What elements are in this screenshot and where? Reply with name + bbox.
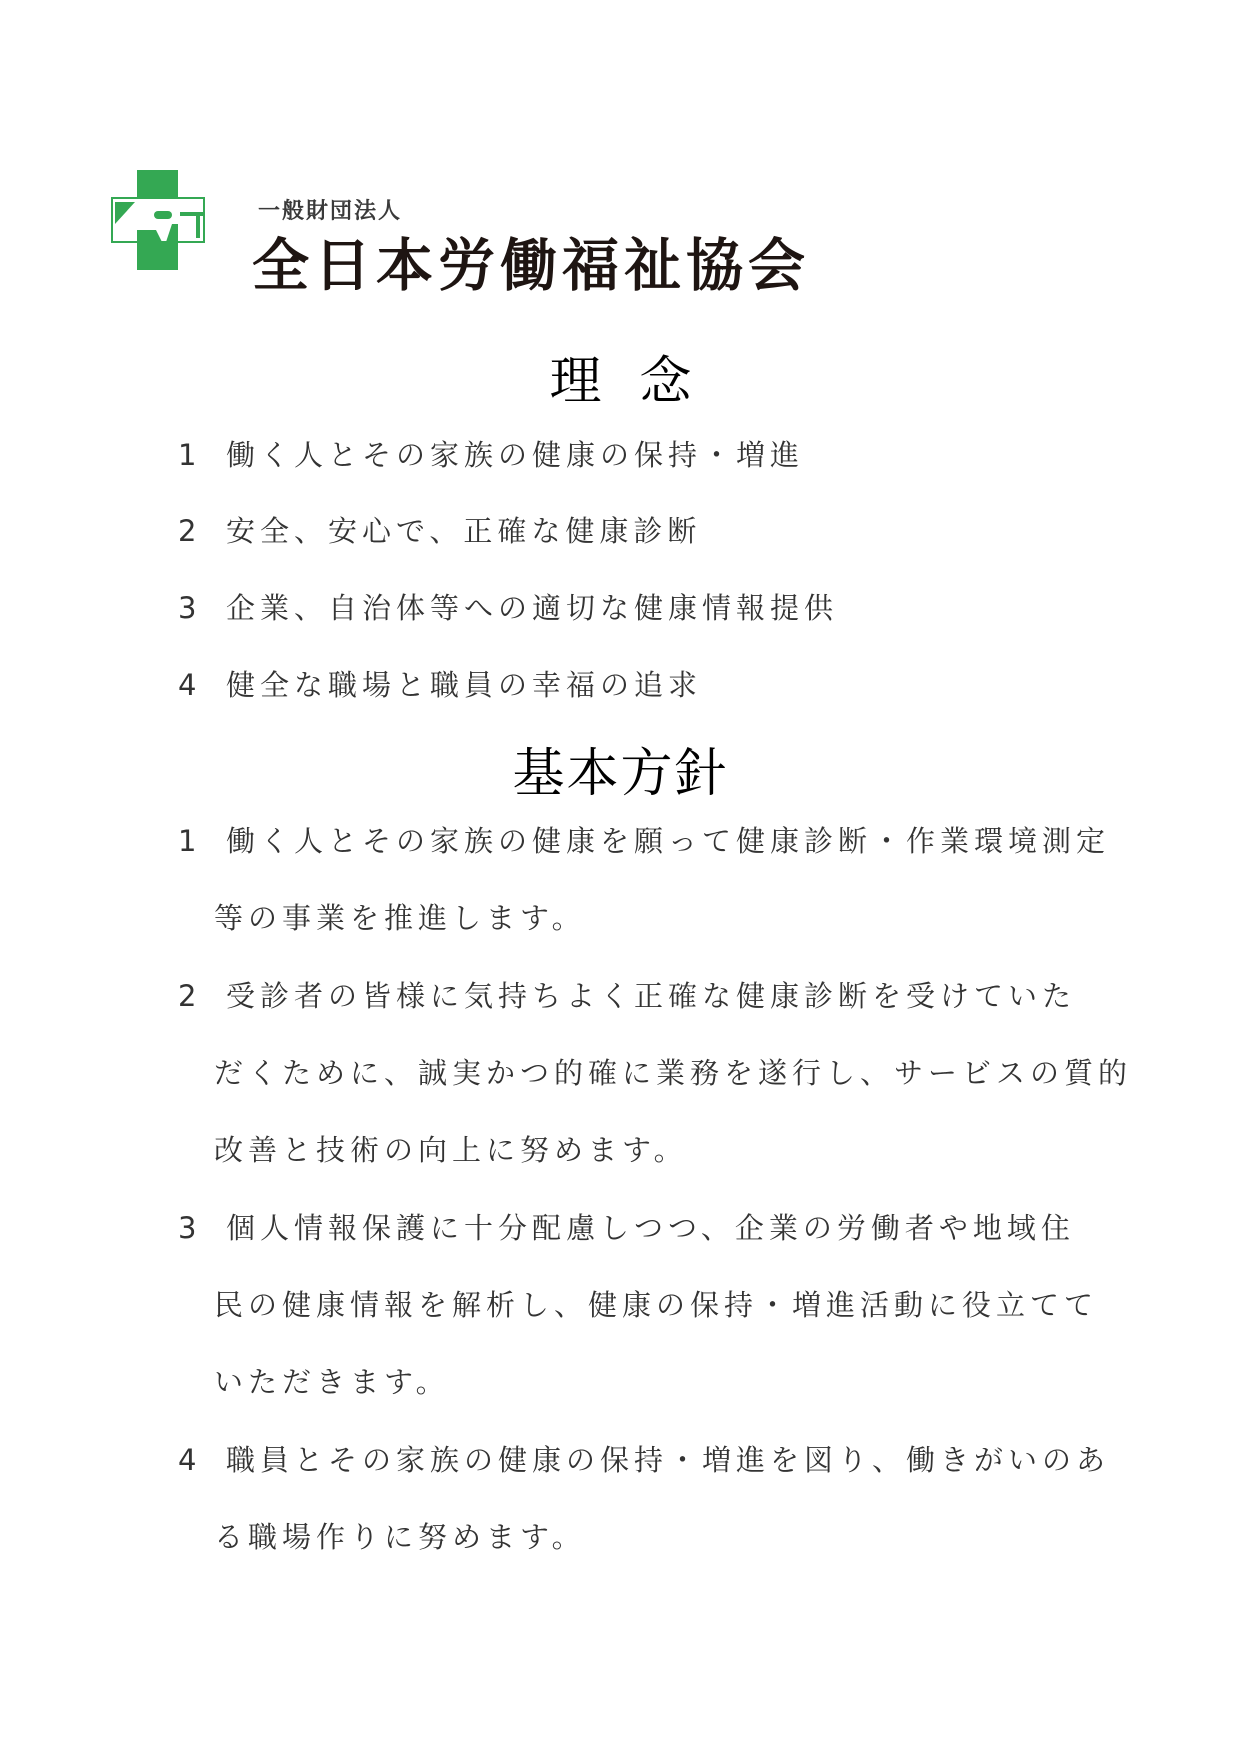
philosophy-item: 1働く人とその家族の健康の保持・増進 <box>178 441 804 470</box>
policy-title: 基本方針 <box>0 748 1241 800</box>
item-number: 4 <box>178 1446 226 1475</box>
item-number: 1 <box>178 441 226 470</box>
item-number: 3 <box>178 1214 226 1243</box>
policy-item: 4職員とその家族の健康の保持・増進を図り、働きがいのあ <box>178 1446 1110 1475</box>
item-number: 2 <box>178 982 226 1011</box>
item-text: 安全、安心で、正確な健康診断 <box>226 514 701 548</box>
item-text: 受診者の皆様に気持ちよく正確な健康診断を受けていた <box>226 979 1076 1013</box>
policy-item: 2受診者の皆様に気持ちよく正確な健康診断を受けていた <box>178 982 1076 1011</box>
green-cross-logo-icon <box>110 168 206 272</box>
item-text: 個人情報保護に十分配慮しつつ、企業の労働者や地域住 <box>226 1211 1075 1245</box>
item-text: 働く人とその家族の健康を願って健康診断・作業環境測定 <box>226 824 1110 858</box>
philosophy-item: 2安全、安心で、正確な健康診断 <box>178 517 701 546</box>
philosophy-item: 4健全な職場と職員の幸福の追求 <box>178 671 702 700</box>
philosophy-item: 3企業、自治体等への適切な健康情報提供 <box>178 594 838 623</box>
policy-item-continuation: 等の事業を推進します。 <box>214 904 586 933</box>
philosophy-title: 理念 <box>0 356 1241 408</box>
item-number: 2 <box>178 517 226 546</box>
item-text: 企業、自治体等への適切な健康情報提供 <box>226 591 838 625</box>
org-type: 一般財団法人 <box>258 194 402 225</box>
item-number: 3 <box>178 594 226 623</box>
policy-item: 1働く人とその家族の健康を願って健康診断・作業環境測定 <box>178 827 1110 856</box>
policy-item-continuation: だくために、誠実かつ的確に業務を遂行し、サービスの質的 <box>214 1059 1132 1088</box>
org-logo <box>110 168 206 272</box>
policy-item-continuation: 民の健康情報を解析し、健康の保持・増進活動に役立てて <box>214 1291 1098 1320</box>
item-number: 1 <box>178 827 226 856</box>
item-number: 4 <box>178 671 226 700</box>
policy-item-continuation: 改善と技術の向上に努めます。 <box>214 1136 688 1165</box>
policy-item-continuation: る職場作りに努めます。 <box>214 1523 586 1552</box>
item-text: 働く人とその家族の健康の保持・増進 <box>226 438 804 472</box>
policy-item: 3個人情報保護に十分配慮しつつ、企業の労働者や地域住 <box>178 1214 1075 1243</box>
policy-item-continuation: いただきます。 <box>214 1368 450 1397</box>
item-text: 健全な職場と職員の幸福の追求 <box>226 668 702 702</box>
item-text: 職員とその家族の健康の保持・増進を図り、働きがいのあ <box>226 1443 1110 1477</box>
org-name: 全日本労働福祉協会 <box>252 238 810 295</box>
